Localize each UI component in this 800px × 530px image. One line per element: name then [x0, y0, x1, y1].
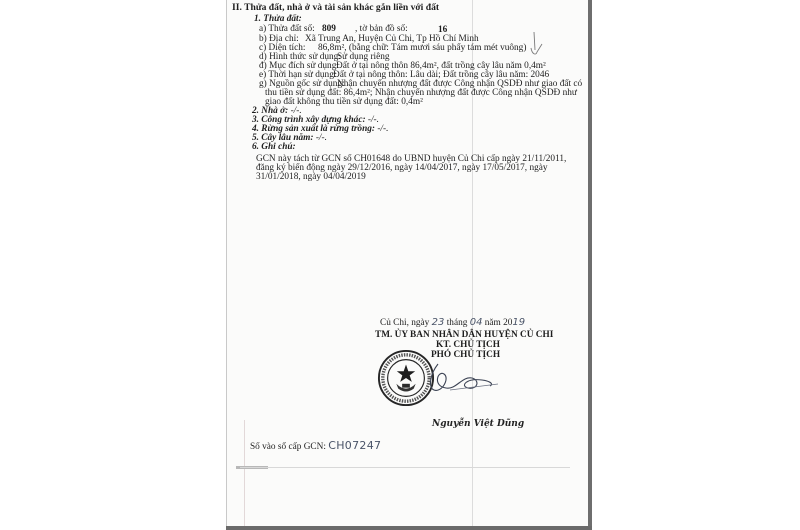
planted-forest-value: -/-. [377, 124, 388, 134]
parcel-no-value: 809 [322, 24, 336, 34]
handwritten-month: 04 [470, 317, 483, 328]
handwritten-mark-icon [528, 30, 548, 60]
parcel-no-label: a) Thửa đất số: [259, 24, 315, 34]
notes-line-3: 31/01/2018, ngày 04/04/2019 [256, 172, 366, 182]
registry-label: Số vào sổ cấp GCN: [250, 442, 326, 452]
page-inner-border [244, 420, 245, 527]
issuing-authority: TM. ỦY BAN NHÂN DÂN HUYỆN CỦ CHI [375, 330, 553, 340]
scan-bottom-edge [226, 526, 592, 530]
scan-right-edge [588, 0, 592, 530]
place-date: Củ Chi, ngày 23 tháng 04 năm 2019 [380, 318, 525, 328]
place-date-prefix: Củ Chi, ngày [380, 318, 429, 328]
registry-row: Số vào sổ cấp GCN: CH07247 [250, 441, 381, 452]
vice-chairman-title: PHÓ CHỦ TỊCH [431, 350, 500, 360]
signer-name: Nguyễn Việt Dũng [432, 419, 524, 429]
perennial-trees-value: -/-. [316, 133, 327, 143]
notes-heading: 6. Ghi chú: [252, 142, 296, 152]
handwritten-year-suffix: 19 [512, 317, 525, 328]
land-heading: 1. Thửa đất: [254, 14, 302, 24]
month-label: tháng [447, 318, 468, 328]
registry-number: CH07247 [328, 439, 381, 452]
on-behalf-of-chairman: KT. CHỦ TỊCH [436, 340, 500, 350]
section-title: II. Thửa đất, nhà ở và tài sản khác gắn … [232, 3, 439, 13]
bottom-rule [240, 467, 570, 468]
signature-icon [420, 360, 500, 400]
year-label: năm 20 [485, 318, 513, 328]
handwritten-day: 23 [432, 317, 445, 328]
map-sheet-label: , tờ bản đồ số: [355, 24, 408, 34]
